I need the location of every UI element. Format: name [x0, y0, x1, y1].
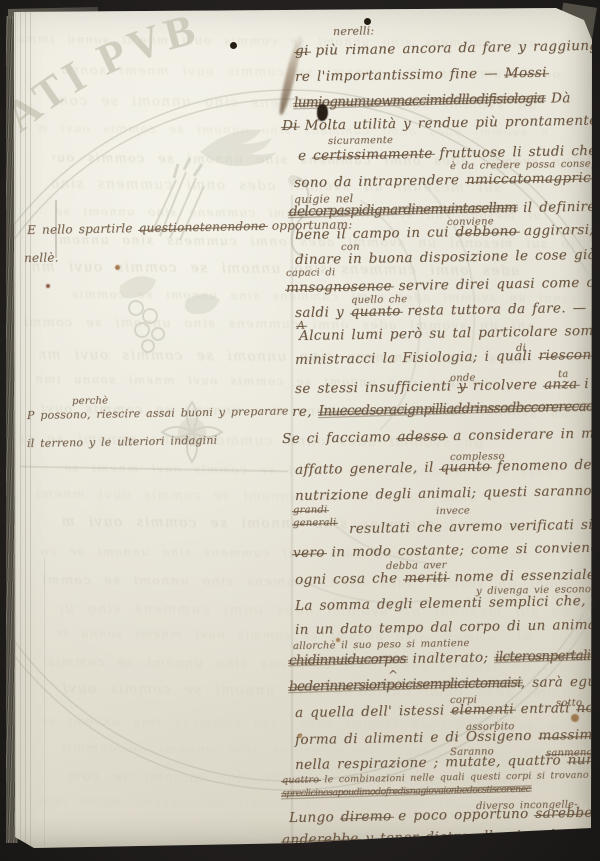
- text-run: più rimane ancora da fare y raggiunge-: [309, 37, 600, 58]
- text-run: P possono, riescire assai buoni y prepar…: [27, 404, 289, 422]
- text-run: resta tuttora da fare. —: [401, 300, 594, 319]
- foxing-speck: [115, 265, 120, 270]
- text-run: Alcuni lumi però su tal particolare som-: [299, 323, 599, 344]
- struck-text: che: [592, 592, 600, 608]
- manuscript-line: nellè.: [24, 250, 59, 265]
- manuscript-line: gi più rimane ancora da fare y raggiunge…: [295, 37, 600, 59]
- text-run: fenomeno delle: [490, 457, 600, 475]
- struck-text: nmiccatomagpricconte: [466, 169, 600, 188]
- manuscript-line: spreclicinosapoudimodofredisnagiovaionbe…: [282, 784, 530, 799]
- struck-text: certissimamente: [313, 146, 433, 164]
- struck-text: quanto: [440, 459, 490, 476]
- text-run: Molta utilità y rendue più prontamente: [298, 112, 598, 133]
- manuscript-page: PROSPERITATI PVB: [0, 0, 600, 861]
- ink-dot: [364, 18, 371, 25]
- struck-text: anza: [544, 376, 578, 393]
- manuscript-line: bederinnersioripoicisemplicictomaisi, sa…: [289, 673, 600, 695]
- foxing-speck: [571, 714, 579, 722]
- foxing-speck: [46, 284, 50, 288]
- foxing-speck: [298, 734, 302, 738]
- struck-text: quattro: [282, 774, 319, 786]
- struck-text: numerod: [568, 751, 600, 768]
- text-run: y tener dietro alle vicende: [359, 827, 571, 847]
- struck-text: questionetenendone: [138, 219, 265, 235]
- text-run: resultati che avremo verificati si: [349, 517, 593, 537]
- text-run: Dà: [544, 90, 571, 106]
- text-run: capaci di: [286, 267, 335, 279]
- text-run: sicuramente: [328, 135, 393, 147]
- struck-text: quanto: [351, 303, 401, 320]
- ink-dot: [230, 42, 237, 49]
- struck-text: Inuecedsoracignpilliaddrinssodbccorereca…: [318, 398, 600, 419]
- text-run: Se ci facciamo: [282, 429, 398, 447]
- text-run: sono da intraprendere: [294, 172, 466, 191]
- manuscript-line: se stessi insufficienti y ricolvere anza…: [295, 375, 600, 397]
- struck-text: Mossi: [505, 65, 547, 82]
- manuscript-line: Alcuni lumi però su tal particolare som-: [299, 323, 599, 344]
- manuscript-line: P possono, riescire assai buoni y prepar…: [27, 404, 289, 422]
- struck-text: meriti: [404, 569, 448, 586]
- text-run: in un dato tempo dal corpo di un animale: [295, 617, 600, 638]
- manuscript-line: re, Inuecedsoracignpilliaddrinssodbccore…: [292, 398, 600, 420]
- struck-text: sarebbe: [535, 805, 593, 822]
- struck-text: ilcterosnpertaligpennivir: [495, 647, 600, 666]
- struck-text: grandi: [293, 504, 328, 516]
- manuscript-line: il terreno y le ulteriori indagini: [27, 434, 218, 450]
- struck-text: bederinnersioripoicisemplicictomaisi: [289, 675, 521, 695]
- manuscript-line: Se ci facciamo adesso a considerare in m…: [282, 425, 600, 447]
- manuscript-line: re l'importantissimo fine — Mossi: [295, 65, 547, 85]
- manuscript-line: in un dato tempo dal corpo di un animale: [295, 617, 600, 638]
- text-run: ministracci la Fisiologia; i quali: [295, 348, 539, 368]
- manuscript-line: nutrizione degli animali; questi saranno…: [295, 483, 600, 504]
- text-run: a considerare in modo: [446, 425, 600, 444]
- text-run: e: [298, 148, 313, 164]
- text-run: La somma degli elementi semplici che,: [295, 593, 593, 614]
- text-run: nome di essenziale?.: [448, 567, 600, 586]
- text-run: il definire: [516, 199, 596, 216]
- struck-text: debbono: [455, 223, 517, 240]
- manuscript-line: resultati che avremo verificati si: [349, 517, 593, 537]
- scanned-manuscript-photo: PROSPERITATI PVB: [0, 0, 600, 861]
- struck-text: diremo: [341, 808, 392, 825]
- manuscript-line: La somma degli elementi semplici che, ch…: [295, 592, 600, 614]
- manuscript-line: lumiognumuowmaccimiddllodifisiologia Dà: [294, 90, 571, 111]
- struck-text: adesso: [397, 428, 446, 445]
- text-run: i giusta-: [577, 375, 600, 392]
- struck-text: chidinnuiducorpos: [289, 651, 406, 669]
- text-run: , sarà eguale: [521, 673, 600, 691]
- text-run: E nello spartirle: [27, 221, 139, 237]
- manuscript-line: capaci di: [286, 267, 335, 279]
- struck-text: Di: [282, 118, 298, 134]
- manuscript-line: Lungo diremo e poco opportuno sarebbe -: [289, 804, 600, 826]
- manuscript-line: saldi y quanto resta tuttora da fare. — …: [295, 299, 600, 321]
- text-run: se stessi insufficienti: [295, 378, 458, 397]
- text-run: ogni cosa che: [295, 570, 404, 588]
- struck-text: elementi: [451, 701, 514, 718]
- manuscript-line: forma di alimenti e di Ossigeno massimil…: [295, 726, 600, 748]
- struck-text: anderebbe: [282, 831, 359, 848]
- text-run: aggirarsi; l'o-: [517, 221, 600, 239]
- struck-text: vero: [293, 544, 325, 561]
- manuscript-line: a quella dell' istessi elementi entrati …: [295, 700, 600, 721]
- struck-text: olim: [571, 826, 600, 843]
- text-run: inalterato;: [406, 649, 495, 667]
- manuscript-line: vero in modo costante; come si conviene …: [293, 539, 600, 561]
- text-run: re,: [292, 404, 319, 420]
- struck-text: spreclicinosapoudimodofredisnagiovaionbe…: [282, 784, 530, 799]
- manuscript-line: affatto generale, il quanto fenomeno del…: [295, 457, 600, 478]
- manuscript-line: ministracci la Fisiologia; i quali riesc…: [295, 346, 600, 368]
- text-run: perchè: [72, 395, 108, 407]
- manuscript-line: sono da intraprendere nmiccatomagpriccon…: [294, 169, 600, 191]
- foxing-speck: [336, 638, 339, 641]
- struck-text: mnsognosence: [286, 278, 392, 296]
- ink-blob: [317, 104, 328, 121]
- struck-text: non: [576, 700, 600, 716]
- text-run: re l'importantissimo fine —: [295, 65, 505, 85]
- text-run: e poco opportuno: [391, 806, 535, 825]
- struck-text: y: [458, 378, 466, 394]
- text-run: in modo costante; come si conviene ad: [325, 539, 600, 560]
- text-run: il terreno y le ulteriori indagini: [27, 434, 218, 450]
- text-run: bene il campo in cui: [295, 224, 456, 243]
- manuscript-line: Di Molta utilità y rendue più prontament…: [282, 112, 598, 134]
- manuscript-line: nerelli:: [333, 24, 374, 38]
- manuscript-line: anderebbe y tener dietro alle vicende ol…: [282, 826, 600, 848]
- struck-text: lumiognumuowmaccimiddllodifisiologia: [294, 91, 545, 111]
- text-run: servire direi quasi come cogni-: [392, 274, 600, 294]
- struck-text: riescono: [538, 347, 600, 364]
- text-run: nellè.: [24, 250, 59, 265]
- manuscript-line: generali: [293, 517, 337, 529]
- text-run: ricolvere: [466, 377, 544, 394]
- text-run: forma di alimenti e di Ossigeno: [295, 728, 539, 748]
- text-run: invece: [436, 505, 470, 517]
- struck-text: massimilnalatire: [538, 726, 600, 744]
- manuscript-line: sicuramente: [328, 135, 393, 147]
- struck-text: generali: [293, 517, 337, 529]
- text-run: Lungo: [289, 809, 341, 826]
- struck-text: Mille: [593, 299, 600, 316]
- handwriting-layer: E nello spartirle questionetenendone opp…: [0, 0, 600, 861]
- text-run: -: [593, 804, 600, 820]
- text-run: affatto generale, il: [295, 459, 441, 478]
- manuscript-line: perchè: [72, 395, 108, 407]
- manuscript-line: grandi: [293, 504, 328, 516]
- text-run: nerelli:: [333, 24, 374, 38]
- manuscript-line: invece: [436, 505, 470, 517]
- text-run: a quella dell' istessi: [295, 702, 451, 721]
- text-run: entrati: [514, 700, 577, 717]
- text-run: nutrizione degli animali; questi saranno…: [295, 483, 600, 504]
